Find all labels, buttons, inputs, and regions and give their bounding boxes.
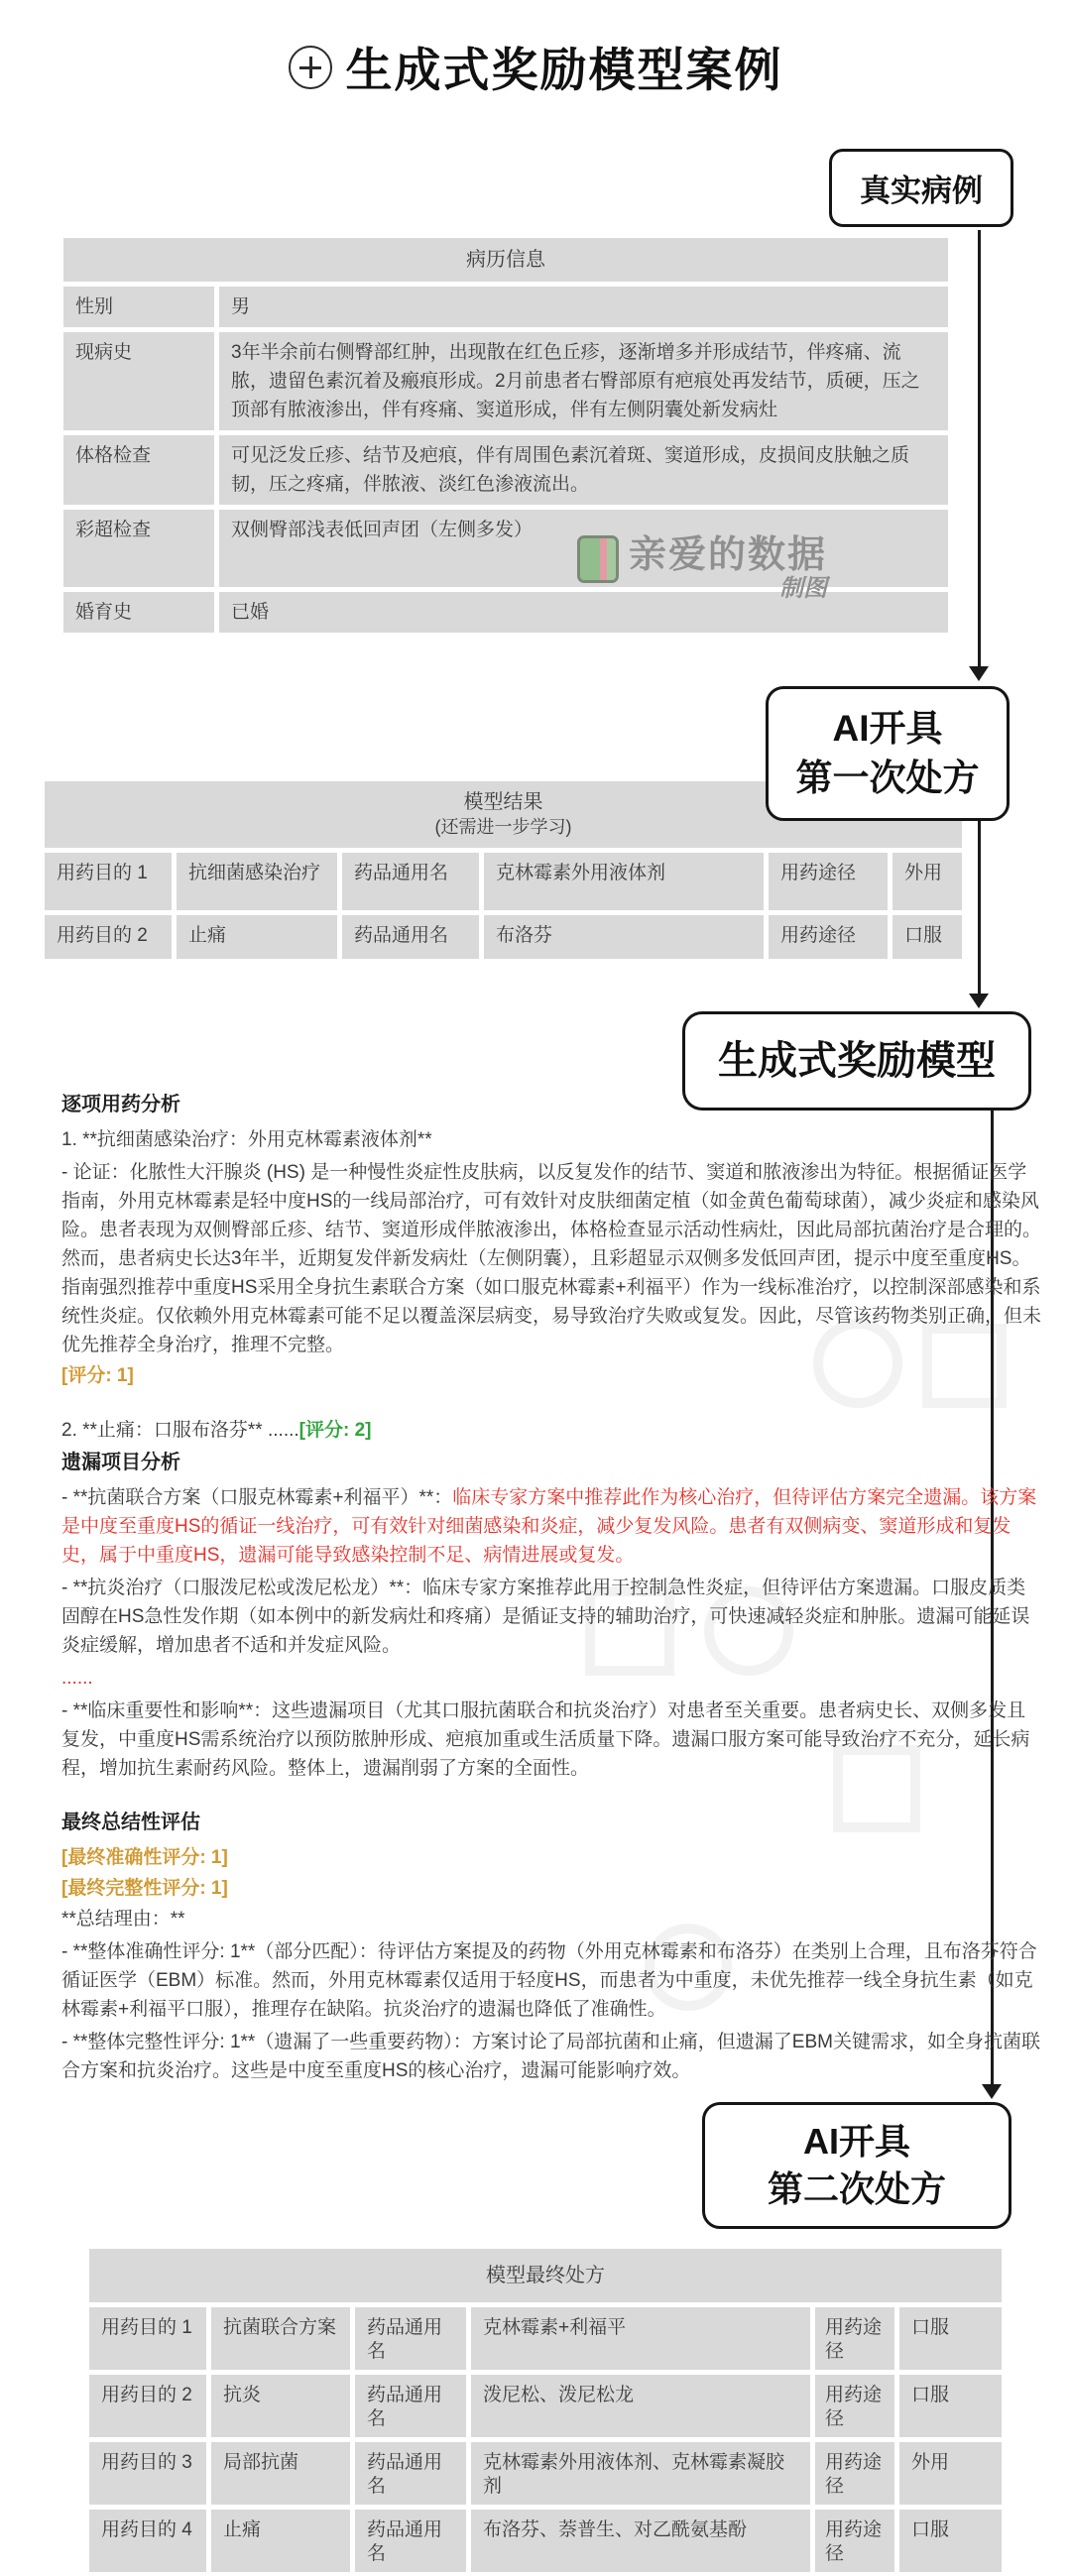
flow-box-second-prescription: AI开具 第二次处方 [702, 2102, 1011, 2229]
table-row: 用药目的 2 止痛 药品通用名 布洛芬 用药途径 口服 [45, 915, 962, 959]
site-watermark: 亲爱的数据 制图 [577, 535, 827, 603]
table-row: 性别 男 [63, 287, 948, 327]
rx2-line2: 第二次处方 [705, 2166, 1009, 2213]
rx1-line1: AI开具 [769, 704, 1007, 754]
watermark-sub: 制图 [629, 575, 827, 603]
item1-score: [评分: 1] [61, 1361, 1041, 1390]
drug-label: 药品通用名 [355, 2510, 466, 2572]
purpose-label: 用药目的 1 [45, 853, 172, 910]
item2-score: [评分: 2] [299, 1420, 372, 1441]
table-row: 现病史 3年半余前右侧臀部红肿，出现散在红色丘疹，逐渐增多并形成结节，伴疼痛、流… [63, 332, 948, 430]
item1-title: 1. **抗细菌感染治疗：外用克林霉素液体剂** [61, 1125, 1041, 1154]
table-row: 用药目的 4 止痛 药品通用名 布洛芬、萘普生、对乙酰氨基酚 用药途径 口服 [89, 2510, 1002, 2572]
route-label: 用药途径 [815, 2307, 894, 2370]
purpose-value: 止痛 [177, 915, 337, 959]
drug-label: 药品通用名 [342, 853, 479, 910]
route-value: 口服 [892, 915, 962, 959]
table-row: 用药目的 1 抗菌联合方案 药品通用名 克林霉素+利福平 用药途径 口服 [89, 2307, 1002, 2370]
drug-label: 药品通用名 [355, 2442, 466, 2505]
route-label: 用药途径 [815, 2375, 894, 2437]
record-label: 现病史 [63, 332, 214, 430]
purpose-value: 抗菌联合方案 [211, 2307, 350, 2370]
drug-value: 克林霉素外用液体剂、克林霉素凝胶剂 [471, 2442, 810, 2505]
flow-box-first-prescription: AI开具 第一次处方 [766, 686, 1010, 821]
connector-line [978, 815, 981, 994]
connector-line [978, 230, 981, 668]
section-title-final-evaluation: 最终总结性评估 [61, 1809, 1041, 1837]
missing1-prefix: - **抗菌联合方案（口服克林霉素+利福平）**： [61, 1487, 452, 1508]
purpose-label: 用药目的 2 [89, 2375, 206, 2437]
record-label: 彩超检查 [63, 510, 214, 587]
medical-record-title: 病历信息 [63, 238, 948, 282]
drug-value: 布洛芬、萘普生、对乙酰氨基酚 [471, 2510, 810, 2572]
record-label: 体格检查 [63, 435, 214, 505]
flow-box-reward-model: 生成式奖励模型 [682, 1011, 1031, 1111]
final-prescription-table: 模型最终处方 用药目的 1 抗菌联合方案 药品通用名 克林霉素+利福平 用药途径… [89, 2249, 1002, 2572]
flow-box-real-case: 真实病例 [829, 149, 1013, 227]
route-label: 用药途径 [815, 2510, 894, 2572]
final-completeness-score: [最终完整性评分: 1] [61, 1874, 1041, 1903]
purpose-value: 抗细菌感染治疗 [177, 853, 337, 910]
page-title: 生成式奖励模型案例 [346, 34, 783, 100]
rx2-line1: AI开具 [705, 2118, 1009, 2166]
route-value: 外用 [892, 853, 962, 910]
route-value: 口服 [899, 2307, 1002, 2370]
purpose-label: 用药目的 4 [89, 2510, 206, 2572]
table-row: 用药目的 1 抗细菌感染治疗 药品通用名 克林霉素外用液体剂 用药途径 外用 [45, 853, 962, 910]
drug-value: 克林霉素+利福平 [471, 2307, 810, 2370]
purpose-value: 抗炎 [211, 2375, 350, 2437]
section-title-missing-items: 遗漏项目分析 [61, 1449, 1041, 1477]
summary-accuracy: - **整体准确性评分: 1**（部分匹配）：待评估方案提及的药物（外用克林霉素… [61, 1937, 1041, 2024]
route-label: 用药途径 [769, 915, 888, 959]
table-row: 用药目的 2 抗炎 药品通用名 泼尼松、泼尼松龙 用药途径 口服 [89, 2375, 1002, 2437]
record-value: 可见泛发丘疹、结节及疤痕，伴有周围色素沉着斑、窦道形成，皮损间皮肤触之质韧，压之… [219, 435, 948, 505]
record-value: 男 [219, 287, 948, 327]
drug-value: 泼尼松、泼尼松龙 [471, 2375, 810, 2437]
route-value: 口服 [899, 2375, 1002, 2437]
record-label: 婚育史 [63, 592, 214, 633]
arrow-down-icon [969, 666, 989, 681]
route-label: 用药途径 [769, 853, 888, 910]
item1-body: - 论证：化脓性大汗腺炎 (HS) 是一种慢性炎症性皮肤病，以反复发作的结节、窦… [61, 1158, 1041, 1359]
drug-value: 布洛芬 [484, 915, 764, 959]
purpose-value: 止痛 [211, 2510, 350, 2572]
real-case-label: 真实病例 [860, 174, 983, 208]
item2-title: 2. **止痛：口服布洛芬** ...... [61, 1420, 299, 1441]
route-value: 口服 [899, 2510, 1002, 2572]
item2-line: 2. **止痛：口服布洛芬** ......[评分: 2] [61, 1416, 1041, 1445]
rx1-line2: 第一次处方 [769, 754, 1007, 803]
drug-label: 药品通用名 [355, 2307, 466, 2370]
final-accuracy-score: [最终准确性评分: 1] [61, 1843, 1041, 1872]
drug-value: 克林霉素外用液体剂 [484, 853, 764, 910]
missing-item-antibiotic-combo: - **抗菌联合方案（口服克林霉素+利福平）**：临床专家方案中推荐此作为核心治… [61, 1483, 1041, 1570]
summary-reason-title: **总结理由：** [61, 1905, 1041, 1933]
reward-model-label: 生成式奖励模型 [718, 1039, 996, 1083]
watermelon-logo-icon [577, 535, 619, 583]
purpose-label: 用药目的 3 [89, 2442, 206, 2505]
missing-item-clinical-importance: - **临床重要性和影响**：这些遗漏项目（尤其口服抗菌联合和抗炎治疗）对患者至… [61, 1697, 1041, 1783]
route-value: 外用 [899, 2442, 1002, 2505]
page-title-block: 生成式奖励模型案例 [0, 34, 1071, 100]
table-row: 用药目的 3 局部抗菌 药品通用名 克林霉素外用液体剂、克林霉素凝胶剂 用药途径… [89, 2442, 1002, 2505]
route-label: 用药途径 [815, 2442, 894, 2505]
missing-item-antiinflammatory: - **抗炎治疗（口服泼尼松或泼尼松龙）**：临床专家方案推荐此用于控制急性炎症… [61, 1574, 1041, 1660]
ellipsis-line: ...... [61, 1664, 1041, 1693]
arrow-down-icon [969, 994, 989, 1008]
watermark-name: 亲爱的数据 [629, 535, 827, 575]
purpose-label: 用药目的 1 [89, 2307, 206, 2370]
record-value: 3年半余前右侧臀部红肿，出现散在红色丘疹，逐渐增多并形成结节，伴疼痛、流脓，遗留… [219, 332, 948, 430]
summary-completeness: - **整体完整性评分: 1**（遗漏了一些重要药物）：方案讨论了局部抗菌和止痛… [61, 2028, 1041, 2085]
reward-model-analysis: 逐项用药分析 1. **抗细菌感染治疗：外用克林霉素液体剂** - 论证：化脓性… [61, 1091, 1041, 2089]
purpose-value: 局部抗菌 [211, 2442, 350, 2505]
purpose-label: 用药目的 2 [45, 915, 172, 959]
final-prescription-title: 模型最终处方 [89, 2249, 1002, 2302]
drug-label: 药品通用名 [342, 915, 479, 959]
plus-circle-icon [289, 46, 332, 89]
record-label: 性别 [63, 287, 214, 327]
drug-label: 药品通用名 [355, 2375, 466, 2437]
table-row: 体格检查 可见泛发丘疹、结节及疤痕，伴有周围色素沉着斑、窦道形成，皮损间皮肤触之… [63, 435, 948, 505]
